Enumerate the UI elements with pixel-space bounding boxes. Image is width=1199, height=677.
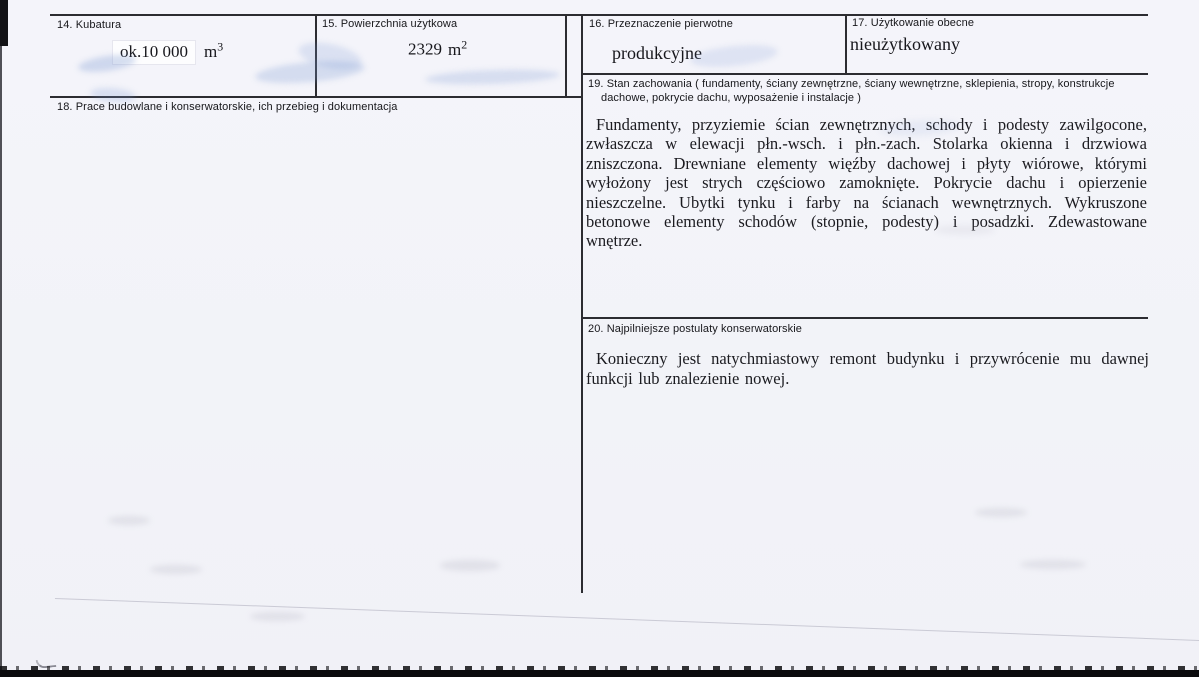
rule-top <box>50 14 1148 16</box>
field-18-label: 18. Prace budowlane i konserwatorskie, i… <box>57 101 397 113</box>
rule-divider-16-17 <box>845 14 847 75</box>
field-15-value: 2329m2 <box>408 37 467 60</box>
scan-edge-bar-topleft <box>0 0 8 46</box>
paper-smudge <box>1020 560 1086 569</box>
scan-edge-band-bottom <box>0 670 1199 677</box>
field-19-label-line2: dachowe, pokrycie dachu, wyposażenie i i… <box>601 92 861 104</box>
ink-bleed-mark <box>296 38 364 75</box>
rule-center-divider <box>581 14 583 593</box>
field-14-value: ok.10 000m3 <box>113 39 223 64</box>
field-16-label: 16. Przeznaczenie pierwotne <box>589 18 733 30</box>
correction-patch: ok.10 000 <box>113 41 195 64</box>
field-17-label: 17. Użytkowanie obecne <box>852 17 974 29</box>
rule-right-of-15 <box>565 14 567 98</box>
field-16-value: produkcyjne <box>612 43 702 64</box>
paper-smudge <box>975 508 1027 517</box>
field-15-label: 15. Powierzchnia użytkowa <box>322 18 457 30</box>
rule-divider-14-15 <box>315 14 317 98</box>
rule-under-16-17 <box>581 73 1148 75</box>
field-17-value: nieużytkowany <box>850 34 960 55</box>
scan-edge-sliver-left <box>0 46 2 677</box>
field-20-label: 20. Najpilniejsze postulaty konserwators… <box>588 323 802 335</box>
ink-bleed-mark <box>425 68 560 87</box>
scan-edge-specks-bottom <box>0 666 1199 671</box>
paper-smudge <box>108 516 150 525</box>
paper-smudge <box>150 565 202 574</box>
rule-above-20 <box>581 317 1148 319</box>
pencil-mark <box>36 658 57 669</box>
field-14-label: 14. Kubatura <box>57 19 121 31</box>
rule-under-14-15 <box>50 96 583 98</box>
field-20-value: Konieczny jest natychmiastowy remont bud… <box>586 349 1149 389</box>
paper-crease <box>55 598 1199 641</box>
ink-bleed-mark <box>689 41 779 70</box>
ink-bleed-mark <box>254 57 365 87</box>
field-19-value: Fundamenty, przyziemie ścian zewnętrznyc… <box>586 115 1147 251</box>
paper-smudge <box>250 612 305 621</box>
paper-smudge <box>440 560 500 571</box>
scanned-form-page: 14. Kubatura ok.10 000m3 15. Powierzchni… <box>0 0 1199 677</box>
field-19-label-line1: 19. Stan zachowania ( fundamenty, ściany… <box>588 78 1115 90</box>
